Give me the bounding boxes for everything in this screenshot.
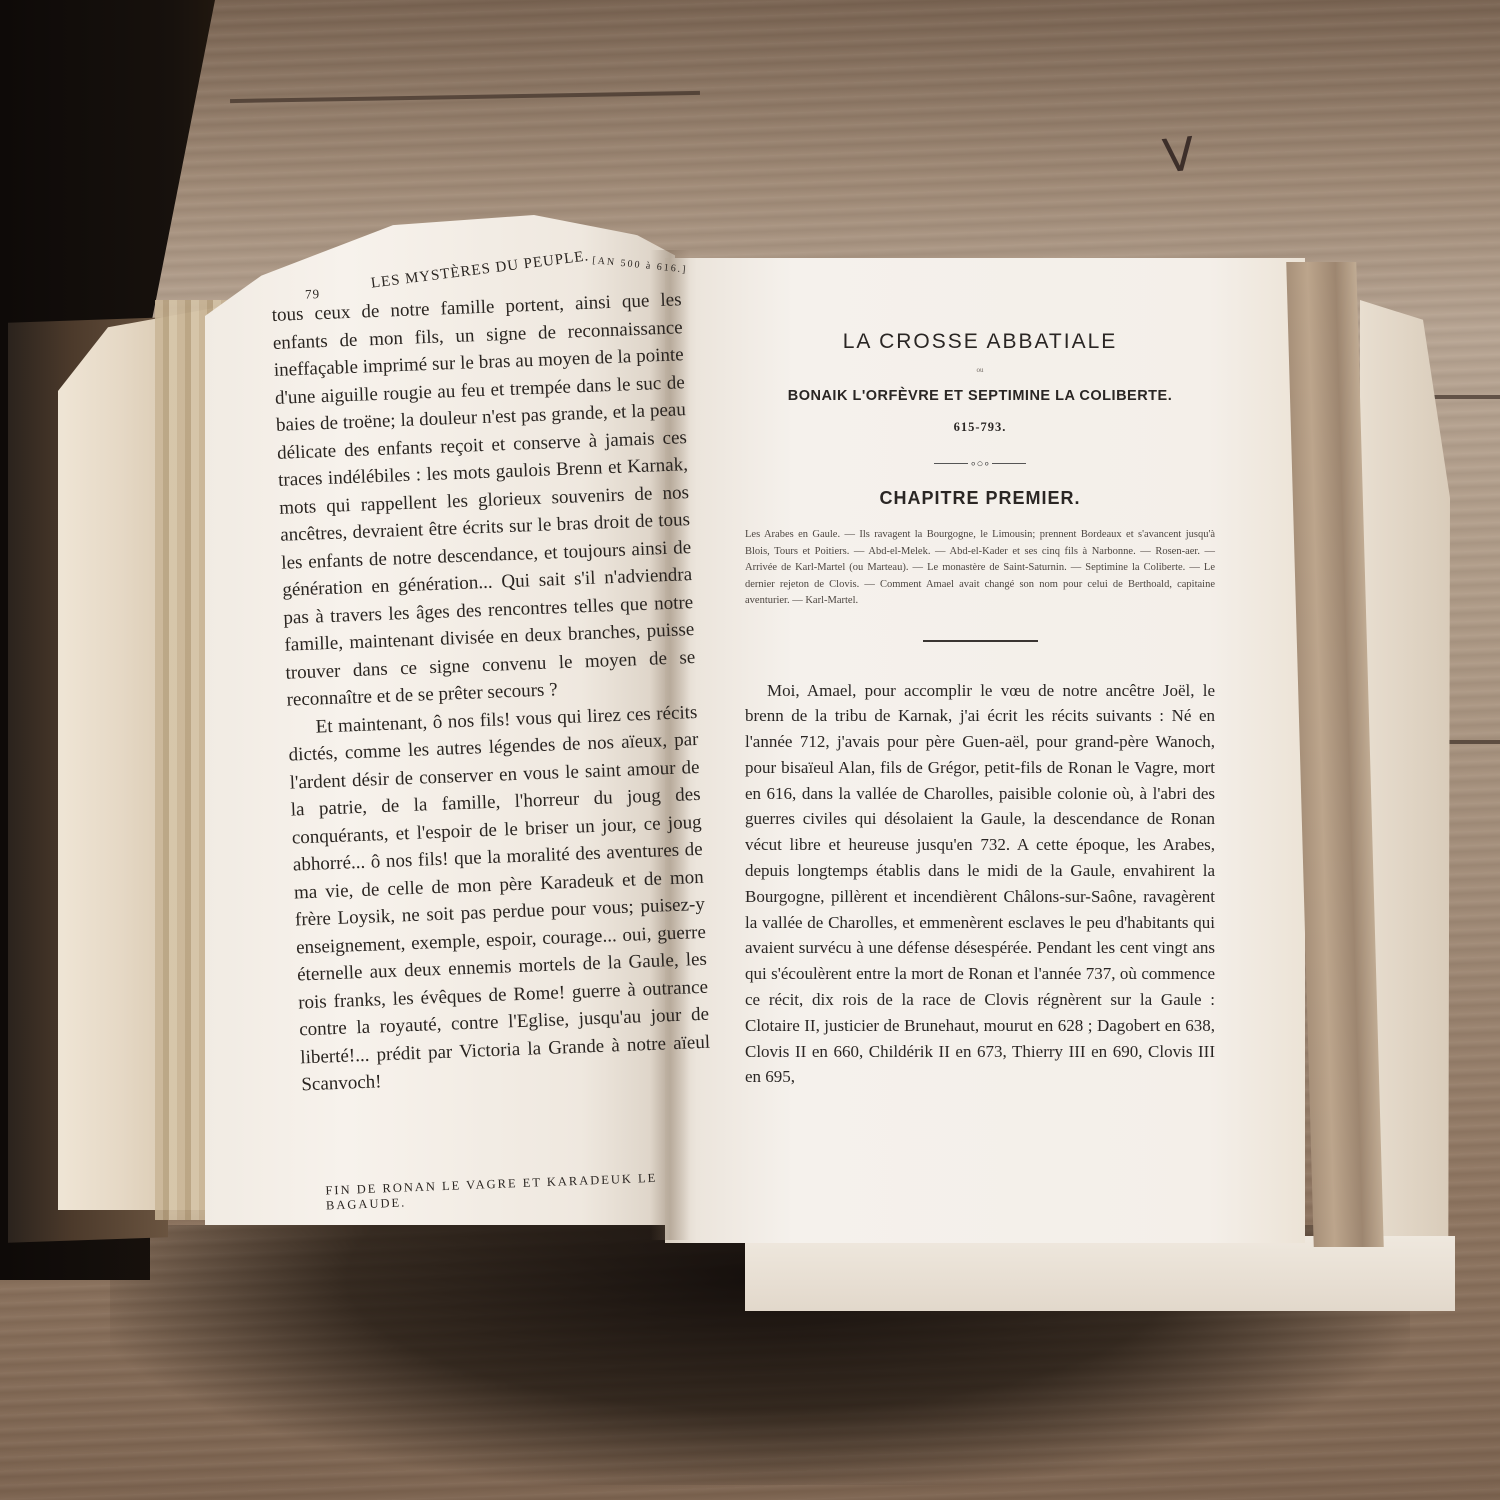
- right-page-body: Moi, Amael, pour accomplir le vœu de not…: [745, 678, 1215, 1091]
- date-range: 615-793.: [745, 420, 1215, 435]
- carved-letter: V: [1160, 127, 1197, 184]
- chapter-heading: CHAPITRE PREMIER.: [745, 488, 1215, 509]
- ornament-line: [992, 463, 1026, 464]
- left-page-text: 79 LES MYSTÈRES DU PEUPLE. [AN 500 à 616…: [270, 252, 716, 1214]
- paragraph: tous ceux de notre famille portent, ains…: [271, 286, 697, 714]
- ornament-knot-icon: ∘○∘: [970, 457, 990, 470]
- page-number: 79: [305, 286, 321, 303]
- title-connector: ou: [745, 366, 1215, 374]
- left-page-body: tous ceux de notre famille portent, ains…: [271, 286, 711, 1099]
- ornament-line: [934, 463, 968, 464]
- page-flap-bottom: [745, 1236, 1455, 1311]
- book-part-title: LA CROSSE ABBATIALE: [745, 330, 1215, 354]
- paragraph: Et maintenant, ô nos fils! vous qui lire…: [287, 698, 711, 1098]
- running-date-bracket: [AN 500 à 616.]: [592, 255, 688, 276]
- ornament-divider: ∘○∘: [745, 457, 1215, 470]
- paragraph: Moi, Amael, pour accomplir le vœu de not…: [745, 678, 1215, 1091]
- book-part-subtitle: BONAIK L'ORFÈVRE ET SEPTIMINE LA COLIBER…: [745, 388, 1215, 404]
- section-rule: [923, 640, 1038, 642]
- right-page-text: LA CROSSE ABBATIALE ou BONAIK L'ORFÈVRE …: [745, 330, 1215, 1090]
- chapter-summary: Les Arabes en Gaule. — Ils ravagent la B…: [745, 527, 1215, 610]
